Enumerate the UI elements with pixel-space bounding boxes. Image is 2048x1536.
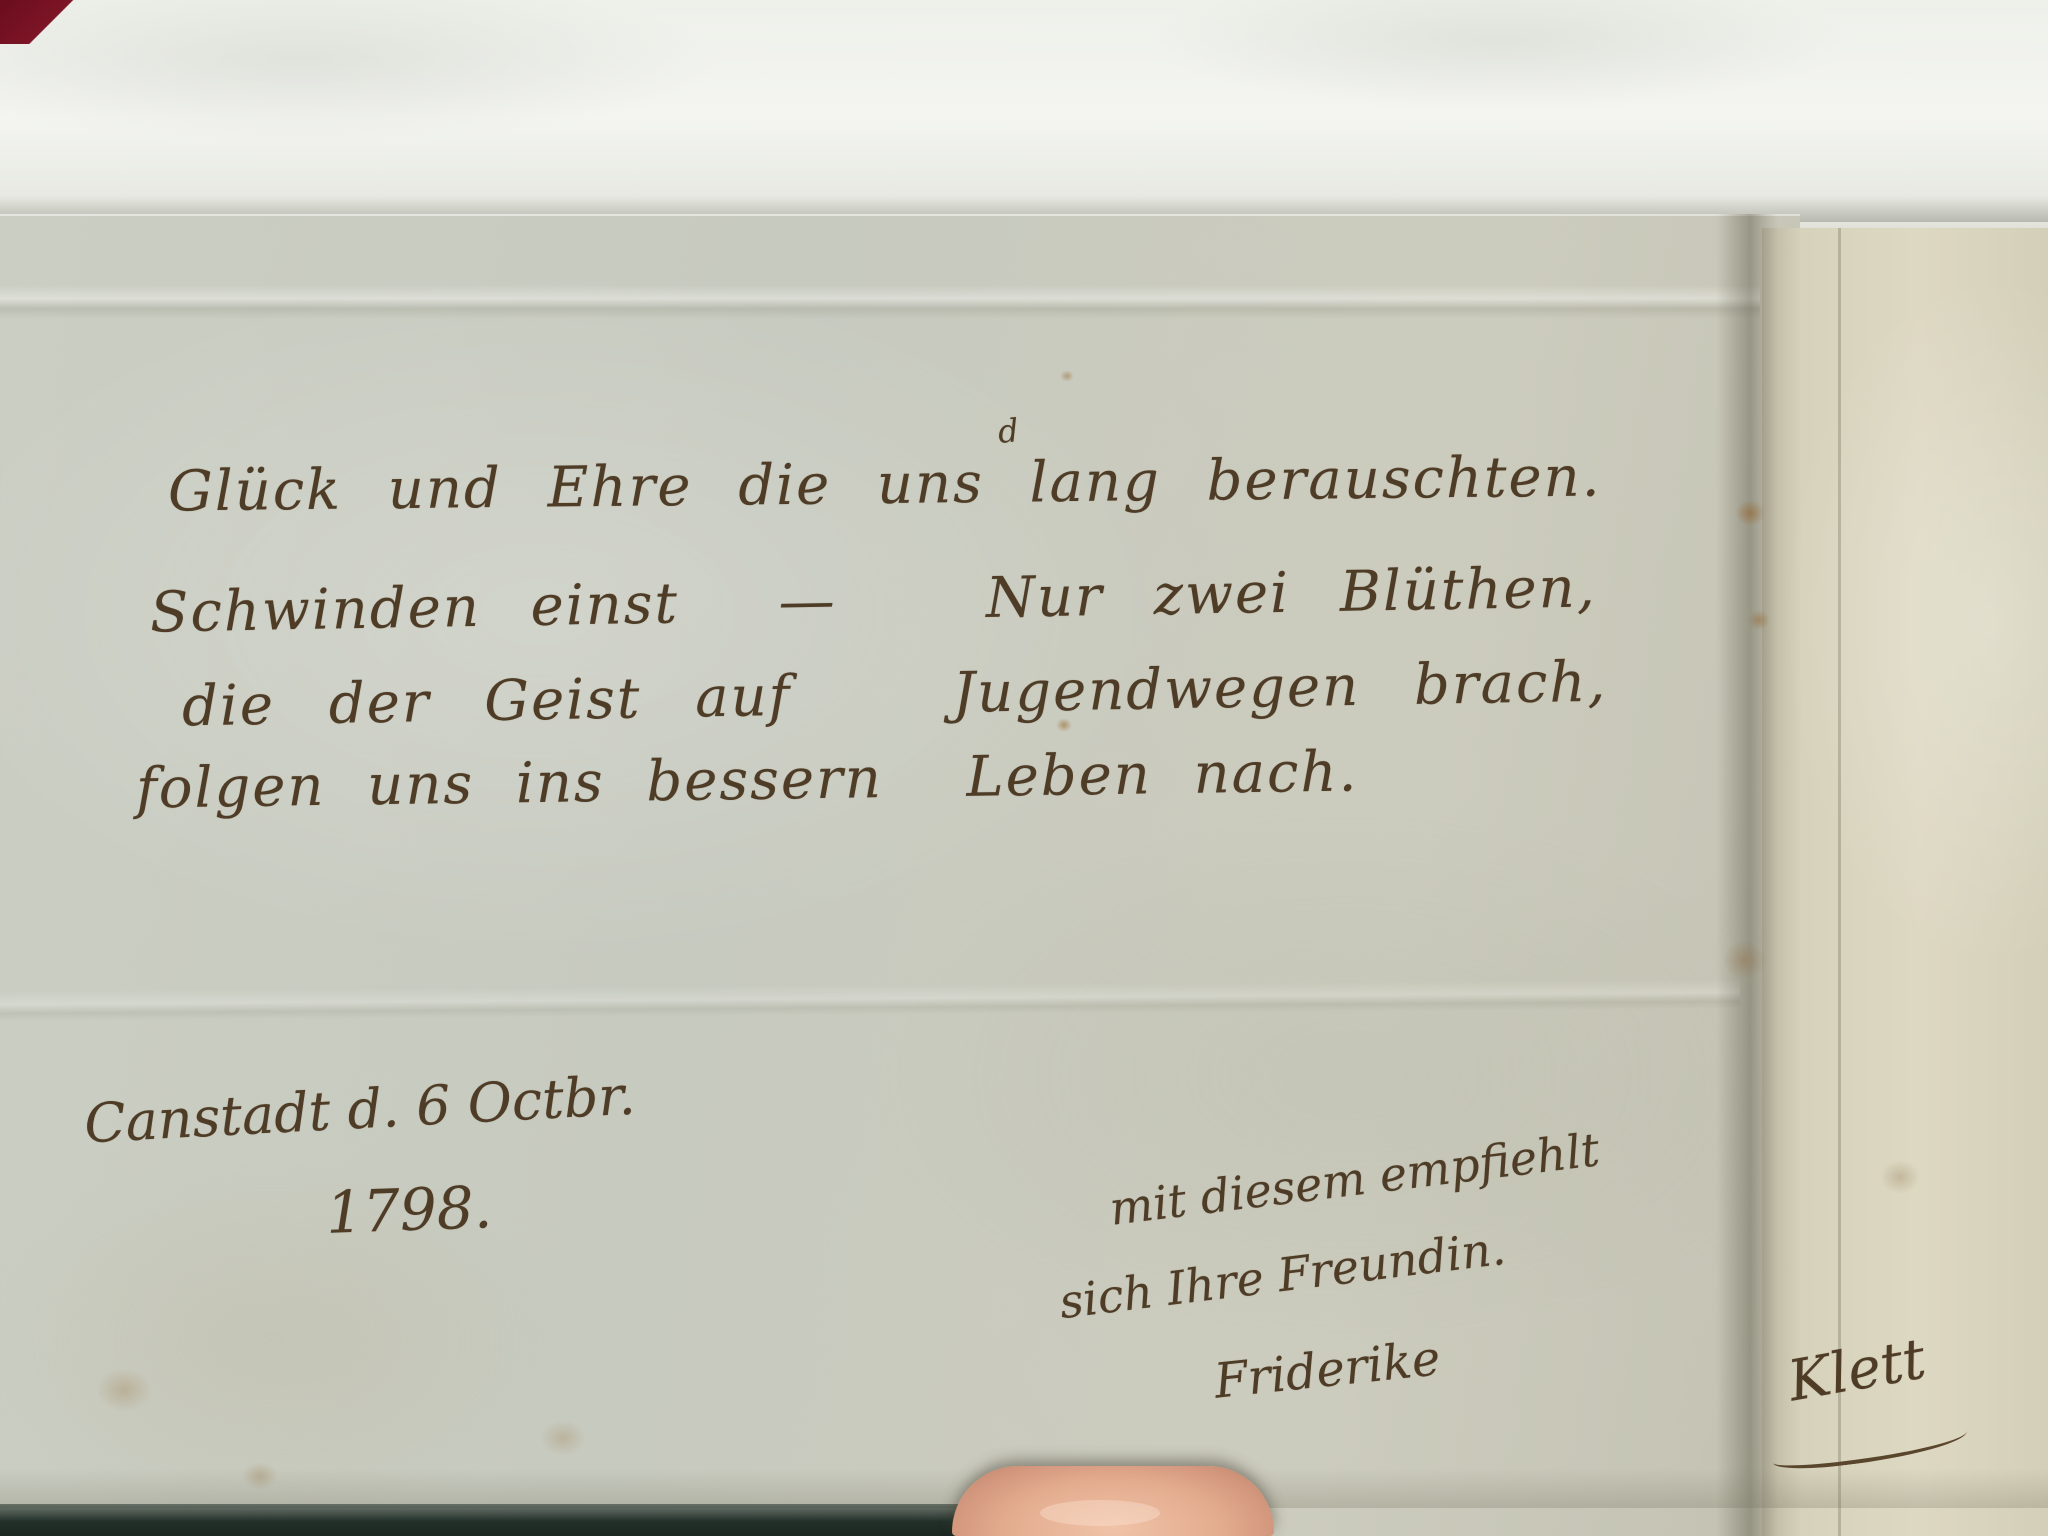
foxing-spot bbox=[1880, 1160, 1920, 1194]
fingertip-highlight bbox=[1040, 1500, 1160, 1526]
foxing-spot bbox=[540, 1420, 586, 1456]
foxing-spot bbox=[1748, 610, 1770, 630]
paper-crease-top bbox=[0, 285, 1760, 319]
foxing-spot bbox=[1735, 500, 1765, 526]
superscript-insertion: d bbox=[996, 411, 1020, 451]
photo-stage: Glück und Ehre die uns lang berauschten.… bbox=[0, 0, 2048, 1536]
album-page bbox=[0, 214, 1800, 1536]
dateline-year: 1798. bbox=[325, 1173, 493, 1247]
table-shadow-strip bbox=[0, 1504, 1010, 1536]
foxing-spot bbox=[1722, 940, 1766, 980]
page-gutter bbox=[1716, 214, 1778, 1536]
corner-red-sliver bbox=[0, 0, 88, 44]
foxing-spot bbox=[96, 1368, 152, 1412]
foxing-spot bbox=[1060, 370, 1074, 382]
